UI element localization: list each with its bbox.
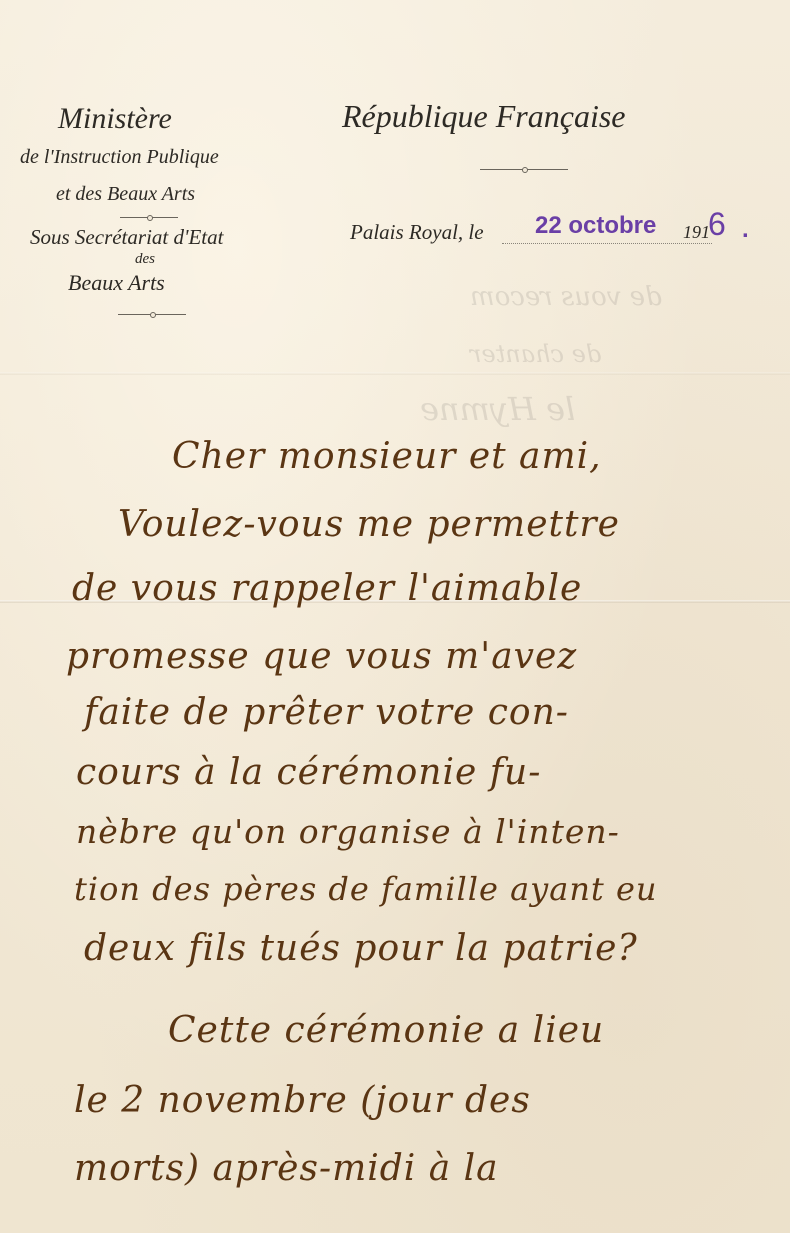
ornament-rule xyxy=(120,217,178,218)
date-year-handwritten: 6 xyxy=(708,206,726,243)
letterhead-instruction: de l'Instruction Publique xyxy=(20,146,219,169)
letter-salutation: Cher monsieur et ami, xyxy=(172,436,602,477)
letter-line: morts) après-midi à la xyxy=(74,1148,499,1189)
bleed-through-text: de vous recom xyxy=(470,282,662,312)
date-period: . xyxy=(742,216,749,244)
letterhead-beaux-arts: et des Beaux Arts xyxy=(56,183,195,206)
date-year-printed: 191 xyxy=(683,222,710,243)
letterhead-beaux-arts-2: Beaux Arts xyxy=(68,270,165,296)
bleed-through-text: de chanter xyxy=(470,340,601,368)
ornament-rule xyxy=(118,314,186,315)
letter-line: Cette cérémonie a lieu xyxy=(168,1010,604,1051)
letter-line: cours à la cérémonie fu- xyxy=(76,752,541,793)
letter-line: tion des pères de famille ayant eu xyxy=(74,870,658,908)
bleed-through-text: le Hymne xyxy=(420,390,575,428)
date-dotted-line xyxy=(502,243,712,244)
letter-line: promesse que vous m'avez xyxy=(66,636,577,677)
letterhead-sous-secretariat: Sous Secrétariat d'Etat xyxy=(30,225,223,250)
letter-line: de vous rappeler l'aimable xyxy=(72,568,582,609)
letter-line: nèbre qu'on organise à l'inten- xyxy=(76,812,620,851)
letter-line: faite de prêter votre con- xyxy=(84,692,569,733)
paper-fold-crease-upper xyxy=(0,372,790,375)
date-handwritten: 22 octobre xyxy=(535,212,656,240)
ornament-rule xyxy=(480,169,568,170)
letter-line: Voulez-vous me permettre xyxy=(118,504,620,545)
letter-line: le 2 novembre (jour des xyxy=(74,1080,531,1121)
letterhead-ministry: Ministère xyxy=(58,102,172,136)
letterhead-republic: République Française xyxy=(342,98,625,135)
letterhead-place: Palais Royal, le xyxy=(350,220,484,245)
letter-line: deux fils tués pour la patrie? xyxy=(84,928,638,969)
letterhead-des: des xyxy=(135,251,155,268)
